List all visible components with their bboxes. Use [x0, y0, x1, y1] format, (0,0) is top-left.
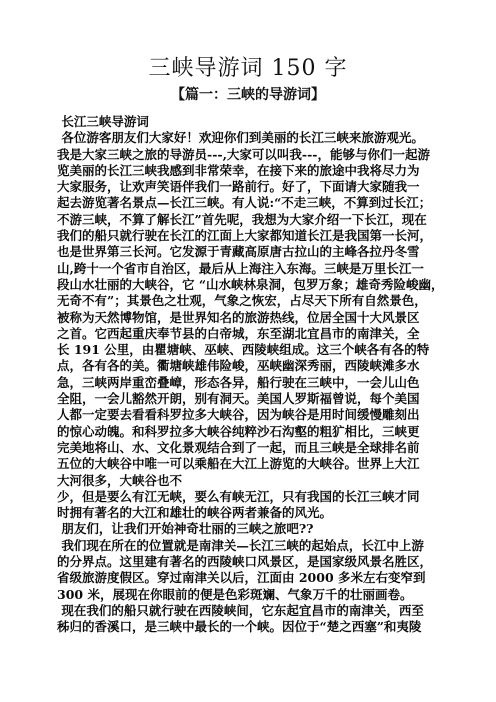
text-line: 各位游客朋友们大家好！欢迎你们到美丽的长江三峡来旅游观光。	[57, 130, 438, 146]
text-line: 之首。它西起重庆奉节县的白帝城，东至湖北宜昌市的南津关，全	[57, 326, 438, 342]
document-body: 长江三峡导游词 各位游客朋友们大家好！欢迎你们到美丽的长江三峡来旅游观光。我是大…	[0, 114, 496, 636]
text-line: 少，但是要么有江无峡，要么有峡无江，只有我国的长江三峡才同	[57, 489, 438, 505]
text-line: 不游三峡，不算了解长江”首先呢，我想为大家介绍一下长江，现在	[57, 212, 438, 228]
text-line: 大家服务，让欢声笑语伴我们一路前行。好了，下面请大家随我一	[57, 179, 438, 195]
text-line: 我们现在所在的位置就是南津关—长江三峡的起始点，长江中上游	[57, 538, 438, 554]
text-line: 的惊心动魄。和科罗拉多大峡谷纯粹沙石沟壑的粗犷相比，三峡更	[57, 424, 438, 440]
text-line: 五位的大峡谷中唯一可以乘船在大江上游览的大峡谷。世界上大江	[57, 456, 438, 472]
text-line: 起去游览著名景点—长江三峡。有人说:“不走三峡，不算到过长江；	[57, 195, 438, 211]
text-line: 览美丽的长江三峡我感到非常荣幸，在接下来的旅途中我将尽力为	[57, 163, 438, 179]
text-line: 人都一定要去看看科罗拉多大峡谷，因为峡谷是用时间缓慢雕刻出	[57, 407, 438, 423]
text-line: 我是大家三峡之旅的导游员---,大家可以叫我---，能够与你们一起游	[57, 147, 438, 163]
text-line: 段山水壮丽的大峡谷，它 “山水峡林泉洞，包罗万象；雄奇秀险峻幽，	[57, 277, 438, 293]
text-line: 大河很多，大峡谷也不	[57, 473, 438, 489]
text-line: 现在我们的船只就行驶在西陵峡间，它东起宜昌市的南津关，西至	[57, 603, 438, 619]
text-line: 无奇不有”；其景色之壮观，气象之恢宏，占尽天下所有自然景色，	[57, 293, 438, 309]
text-line: 省级旅游度假区。穿过南津关以后，江面由 2000 多米左右变窄到	[57, 570, 438, 586]
document-subtitle: 【篇一：三峡的导游词】	[0, 87, 496, 104]
text-line: 300 米，展现在你眼前的便是色彩斑斓、气象万千的壮丽画卷。	[57, 587, 438, 603]
document-page: 三峡导游词 150 字 【篇一：三峡的导游词】 长江三峡导游词 各位游客朋友们大…	[0, 0, 496, 702]
text-line: 全阻，一会儿豁然开朗，别有洞天。美国人罗斯福曾说，每个美国	[57, 391, 438, 407]
text-line: 长江三峡导游词	[57, 114, 438, 130]
text-line: 山,跨十一个省市自治区，最后从上海注入东海。三峡是万里长江一	[57, 261, 438, 277]
text-line: 急，三峡两岸重峦叠嶂，形态各异，船行驶在三峡中，一会儿山色	[57, 375, 438, 391]
text-line: 点，各有各的美。衢塘峡雄伟险峻，巫峡幽深秀丽，西陵峡滩多水	[57, 358, 438, 374]
text-line: 被称为天然博物馆，是世界知名的旅游热线，位居全国十大风景区	[57, 310, 438, 326]
text-line: 朋友们，让我们开始神奇壮丽的三峡之旅吧??	[57, 521, 438, 537]
text-line: 完美地将山、水、文化景观结合到了一起，而且三峡是全球排名前	[57, 440, 438, 456]
text-line: 时拥有著名的大江和雄壮的峡谷两者兼备的风光。	[57, 505, 438, 521]
text-line: 我们的船只就行驶在长江的江面上大家都知道长江是我国第一长河，	[57, 228, 438, 244]
text-line: 长 191 公里，由瞿塘峡、巫峡、西陵峡组成。这三个峡各有各的特	[57, 342, 438, 358]
document-title: 三峡导游词 150 字	[0, 0, 496, 82]
text-line: 的分界点。这里建有著名的西陵峡口风景区，是国家级风景名胜区，	[57, 554, 438, 570]
text-line: 秭归的香溪口，是三峡中最长的一个峡。因位于“楚之西塞”和夷陵	[57, 619, 438, 635]
text-line: 也是世界第三长河。它发源于青藏高原唐古拉山的主峰各拉丹冬雪	[57, 244, 438, 260]
